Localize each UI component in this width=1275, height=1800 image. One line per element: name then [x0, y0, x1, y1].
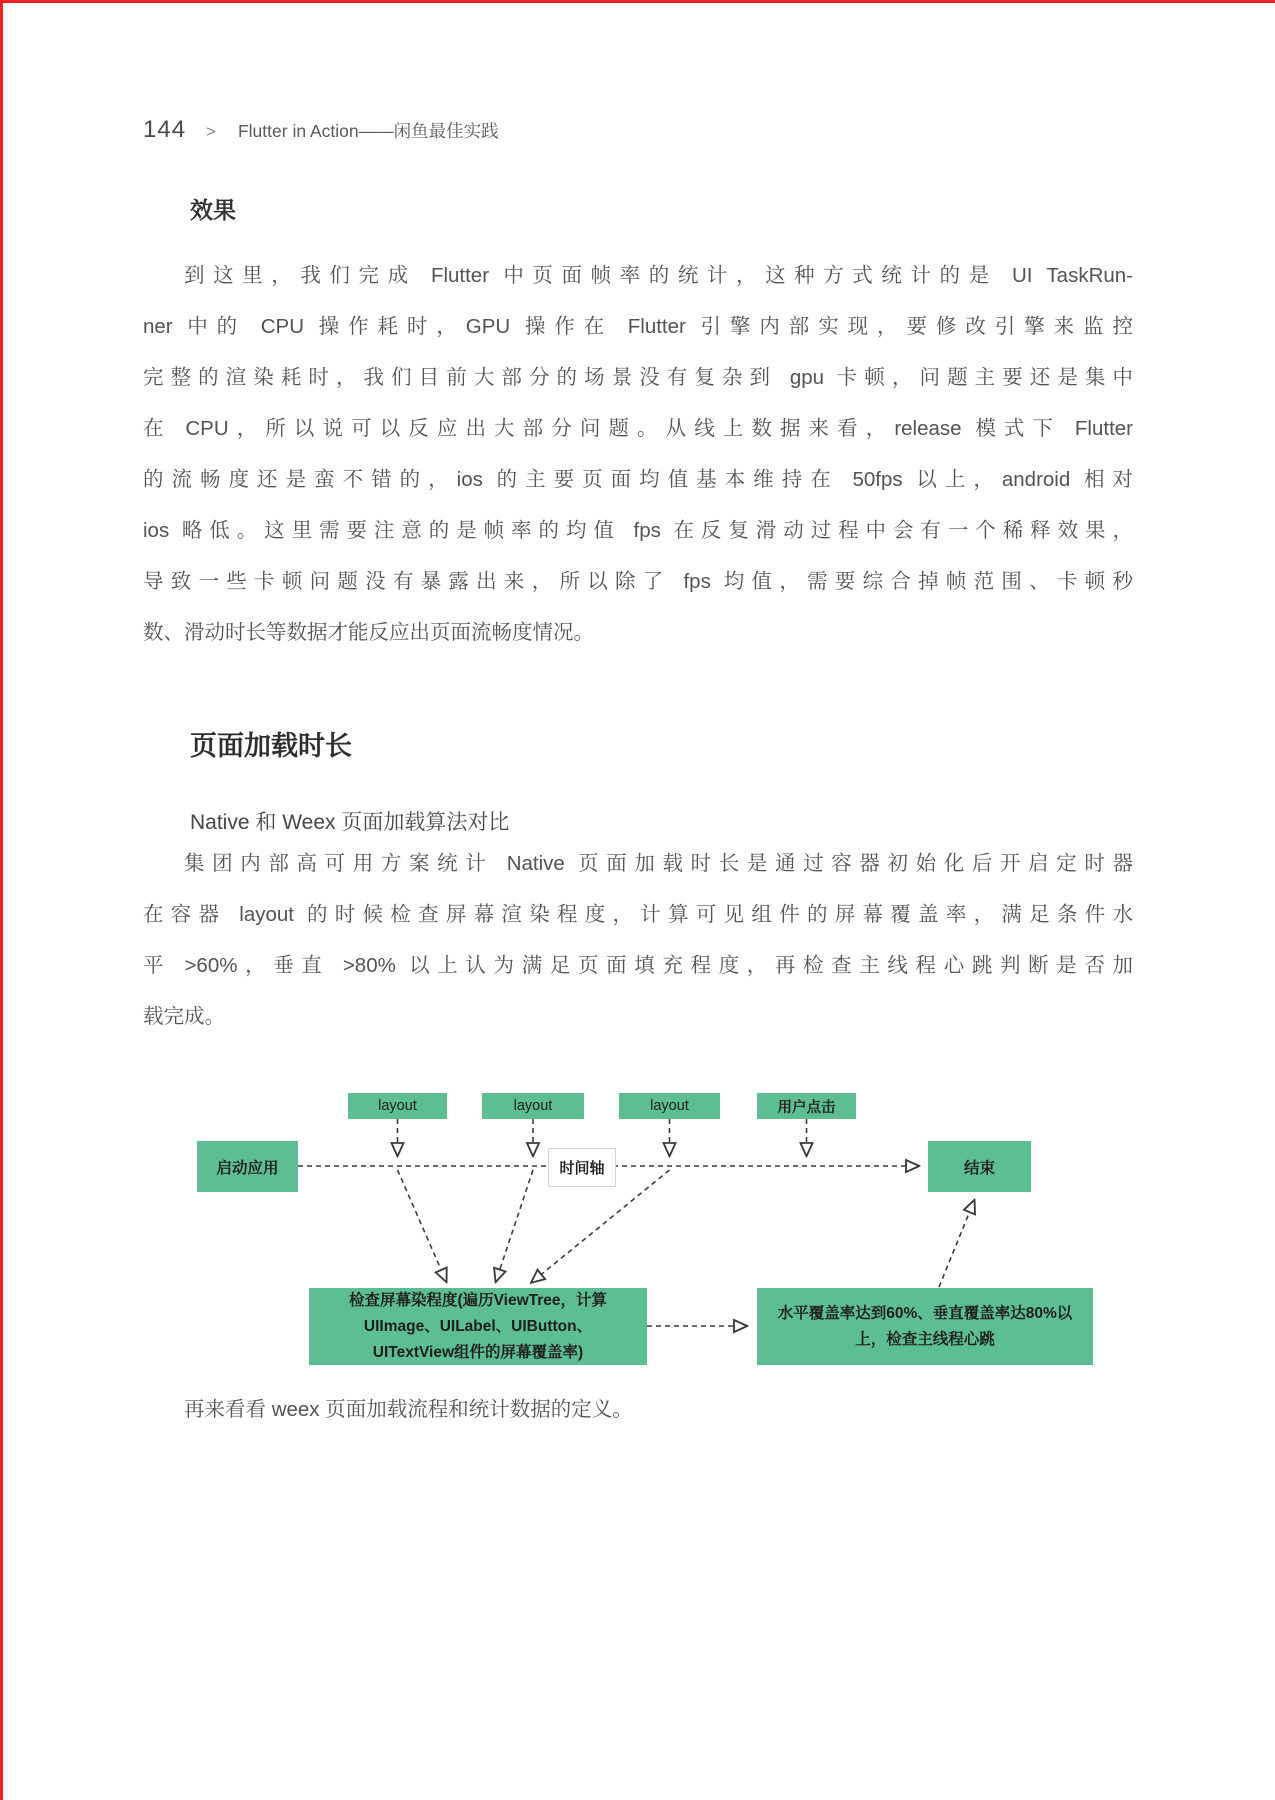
diagram-box-layout-3: layout: [619, 1093, 720, 1119]
page-load-flow-diagram: layout layout layout 用户点击 启动应用 时间轴 结束 检查…: [140, 1085, 1140, 1385]
page-edge-left-line: [0, 0, 3, 1800]
diagram-box-layout-1: layout: [348, 1093, 447, 1119]
text-line: 再来看看 weex 页面加载流程和统计数据的定义。: [143, 1384, 1133, 1435]
diagram-box-check-render: 检查屏幕染程度(遍历ViewTree，计算 UIImage、UILabel、UI…: [309, 1288, 647, 1365]
text-line: ner 中的 CPU 操作耗时，GPU 操作在 Flutter 引擎内部实现，要…: [143, 301, 1133, 352]
diagram-box-layout-2: layout: [482, 1093, 584, 1119]
text-line: 水平覆盖率达到60%、垂直覆盖率达80%以: [778, 1301, 1073, 1327]
heading-native-weex-compare: Native 和 Weex 页面加载算法对比: [190, 806, 509, 836]
diagram-box-end: 结束: [928, 1141, 1031, 1192]
page-edge-top-line: [0, 0, 1275, 3]
text-line: 导致一些卡顿问题没有暴露出来，所以除了 fps 均值，需要综合掉帧范围、卡顿秒: [143, 556, 1133, 607]
diagram-box-user-tap: 用户点击: [757, 1093, 856, 1119]
diagram-box-app-start: 启动应用: [197, 1141, 298, 1192]
text-line: 载完成。: [143, 991, 1133, 1042]
running-header: 144 > Flutter in Action——闲鱼最佳实践: [143, 116, 499, 144]
text-line: 上，检查主线程心跳: [855, 1327, 995, 1353]
text-line: 在容器 layout 的时候检查屏幕渲染程度，计算可见组件的屏幕覆盖率，满足条件…: [143, 889, 1133, 940]
text-line: ios 略低。这里需要注意的是帧率的均值 fps 在反复滑动过程中会有一个稀释效…: [143, 505, 1133, 556]
diagram-box-coverage-check: 水平覆盖率达到60%、垂直覆盖率达80%以 上，检查主线程心跳: [757, 1288, 1093, 1365]
text-line: 完整的渲染耗时，我们目前大部分的场景没有复杂到 gpu 卡顿，问题主要还是集中: [143, 352, 1133, 403]
text-line: UITextView组件的屏幕覆盖率): [373, 1340, 583, 1366]
paragraph-weex-intro: 再来看看 weex 页面加载流程和统计数据的定义。: [143, 1384, 1133, 1435]
page-number: 144: [143, 116, 186, 144]
heading-effect: 效果: [190, 192, 236, 225]
text-line: 的流畅度还是蛮不错的，ios 的主要页面均值基本维持在 50fps 以上，and…: [143, 454, 1133, 505]
paragraph-frame-rate: 到这里，我们完成 Flutter 中页面帧率的统计，这种方式统计的是 UI Ta…: [143, 250, 1133, 658]
text-line: 检查屏幕染程度(遍历ViewTree，计算: [349, 1288, 607, 1314]
book-title: Flutter in Action——闲鱼最佳实践: [238, 118, 499, 143]
header-separator: >: [206, 122, 216, 142]
text-line: 在 CPU，所以说可以反应出大部分问题。从线上数据来看，release 模式下 …: [143, 403, 1133, 454]
paragraph-native-algorithm: 集团内部高可用方案统计 Native 页面加载时长是通过容器初始化后开启定时器 …: [143, 838, 1133, 1042]
text-line: 到这里，我们完成 Flutter 中页面帧率的统计，这种方式统计的是 UI Ta…: [143, 250, 1133, 301]
text-line: 平 >60%，垂直 >80% 以上认为满足页面填充程度，再检查主线程心跳判断是否…: [143, 940, 1133, 991]
text-line: 数、滑动时长等数据才能反应出页面流畅度情况。: [143, 607, 1133, 658]
heading-page-load-time: 页面加载时长: [190, 724, 352, 763]
text-line: 集团内部高可用方案统计 Native 页面加载时长是通过容器初始化后开启定时器: [143, 838, 1133, 889]
diagram-box-timeline: 时间轴: [548, 1148, 616, 1187]
text-line: UIImage、UILabel、UIButton、: [364, 1314, 592, 1340]
